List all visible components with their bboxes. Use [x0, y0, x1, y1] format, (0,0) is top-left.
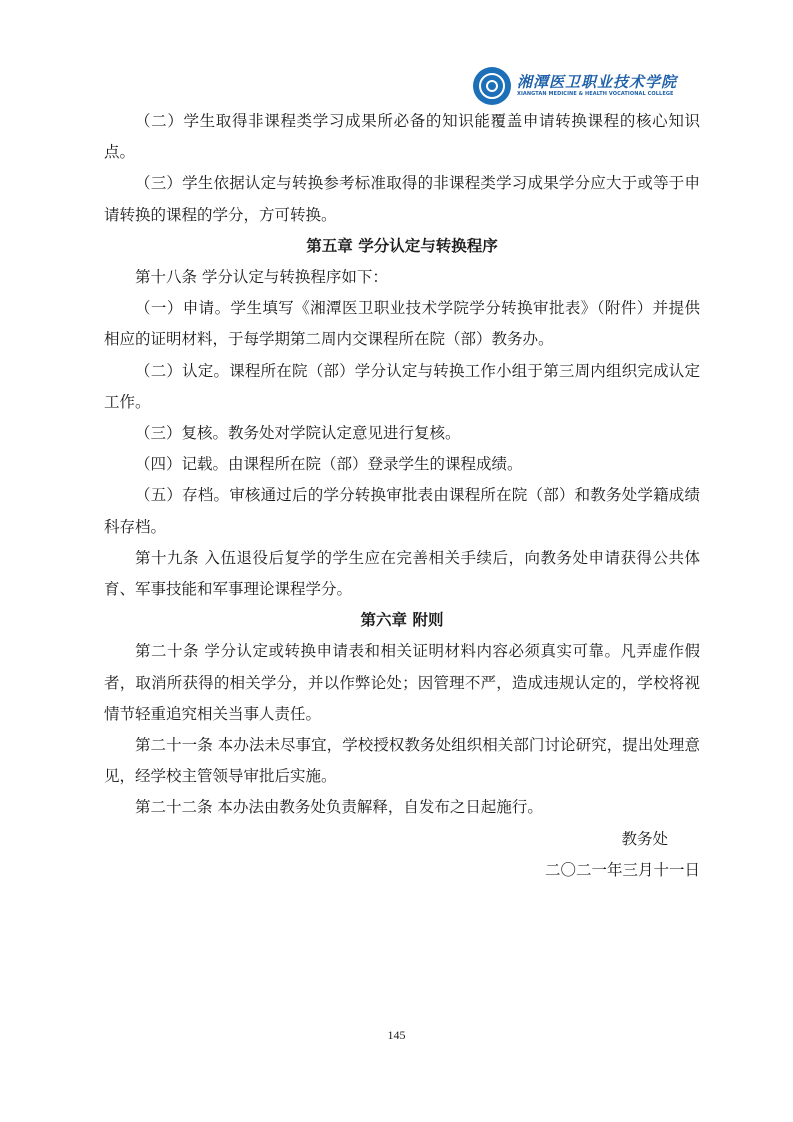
logo-name-en: XIANGTAN MEDICINE & HEALTH VOCATIONAL CO…	[517, 91, 677, 98]
college-emblem-icon	[473, 67, 511, 105]
logo-name-cn: 湘潭医卫职业技术学院	[517, 74, 677, 91]
paragraph: （二）认定。课程所在院（部）学分认定与转换工作小组于第三周内组织完成认定工作。	[104, 356, 700, 418]
paragraph: （五）存档。审核通过后的学分转换审批表由课程所在院（部）和教务处学籍成绩科存档。	[104, 480, 700, 542]
logo-text: 湘潭医卫职业技术学院 XIANGTAN MEDICINE & HEALTH VO…	[517, 74, 677, 98]
article-paragraph: 第二十条 学分认定或转换申请表和相关证明材料内容必须真实可靠。凡弄虚作假者，取消…	[104, 636, 700, 730]
document-body: （二）学生取得非课程类学习成果所必备的知识能覆盖申请转换课程的核心知识点。 （三…	[104, 106, 700, 886]
college-logo: 湘潭医卫职业技术学院 XIANGTAN MEDICINE & HEALTH VO…	[473, 67, 677, 105]
paragraph: （三）学生依据认定与转换参考标准取得的非课程类学习成果学分应大于或等于申请转换的…	[104, 168, 700, 230]
signature-date: 二〇二一年三月十一日	[104, 855, 700, 886]
article-paragraph: 第十九条 入伍退役后复学的学生应在完善相关手续后，向教务处申请获得公共体育、军事…	[104, 543, 700, 605]
article-paragraph: 第二十二条 本办法由教务处负责解释，自发布之日起施行。	[104, 792, 700, 823]
paragraph: （三）复核。教务处对学院认定意见进行复核。	[104, 418, 700, 449]
article-paragraph: 第十八条 学分认定与转换程序如下：	[104, 262, 700, 293]
signature-department: 教务处	[104, 824, 700, 855]
paragraph: （四）记载。由课程所在院（部）登录学生的课程成绩。	[104, 449, 700, 480]
paragraph: （二）学生取得非课程类学习成果所必备的知识能覆盖申请转换课程的核心知识点。	[104, 106, 700, 168]
paragraph: （一）申请。学生填写《湘潭医卫职业技术学院学分转换审批表》（附件）并提供相应的证…	[104, 293, 700, 355]
article-paragraph: 第二十一条 本办法未尽事宜，学校授权教务处组织相关部门讨论研究，提出处理意见，经…	[104, 730, 700, 792]
page-number: 145	[0, 1028, 793, 1043]
chapter-heading: 第六章 附则	[104, 605, 700, 636]
chapter-heading: 第五章 学分认定与转换程序	[104, 231, 700, 262]
